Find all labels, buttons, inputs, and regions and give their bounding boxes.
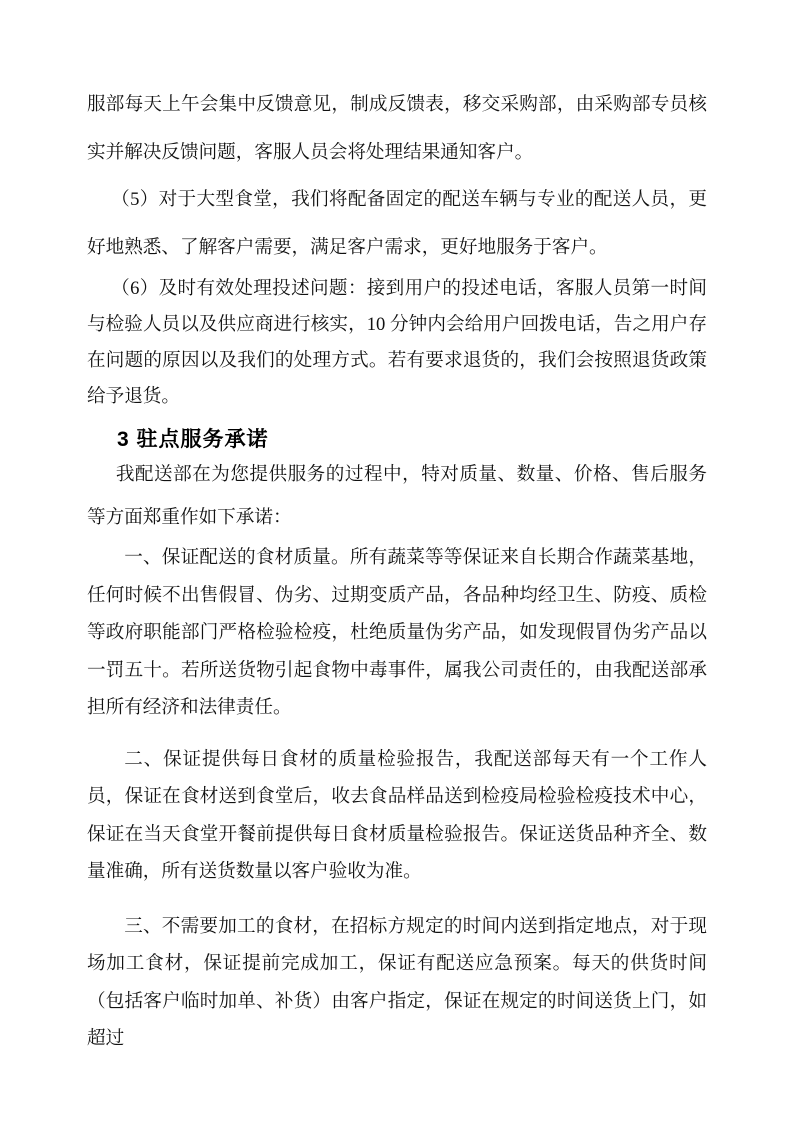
- section-heading: 3 驻点服务承诺: [117, 427, 707, 453]
- paragraph-item-6: （6）及时有效处理投述问题：接到用户的投述电话，客服人员第一时间与检验人员以及供…: [87, 271, 707, 415]
- paragraph-commitment-3: 三、不需要加工的食材，在招标方规定的时间内送到指定地点，对于现场加工食材，保证提…: [87, 908, 707, 1058]
- paragraph-commitment-1: 一、保证配送的食材质量。所有蔬菜等等保证来自长期合作蔬菜基地，任何时候不出售假冒…: [87, 539, 707, 727]
- paragraph-feedback-continuation: 服部每天上午会集中反馈意见，制成反馈表，移交采购部，由采购部专员核实并解决反馈问…: [87, 81, 707, 176]
- paragraph-commitment-intro: 我配送部在为您提供服务的过程中，特对质量、数量、价格、售后服务等方面郑重作如下承…: [87, 453, 707, 539]
- document-page: 服部每天上午会集中反馈意见，制成反馈表，移交采购部，由采购部专员核实并解决反馈问…: [0, 0, 793, 1122]
- page-content: 服部每天上午会集中反馈意见，制成反馈表，移交采购部，由采购部专员核实并解决反馈问…: [87, 81, 707, 1058]
- paragraph-item-5: （5）对于大型食堂，我们将配备固定的配送车辆与专业的配送人员，更好地熟悉、了解客…: [87, 176, 707, 271]
- paragraph-commitment-2: 二、保证提供每日食材的质量检验报告，我配送部每天有一个工作人员，保证在食材送到食…: [87, 741, 707, 891]
